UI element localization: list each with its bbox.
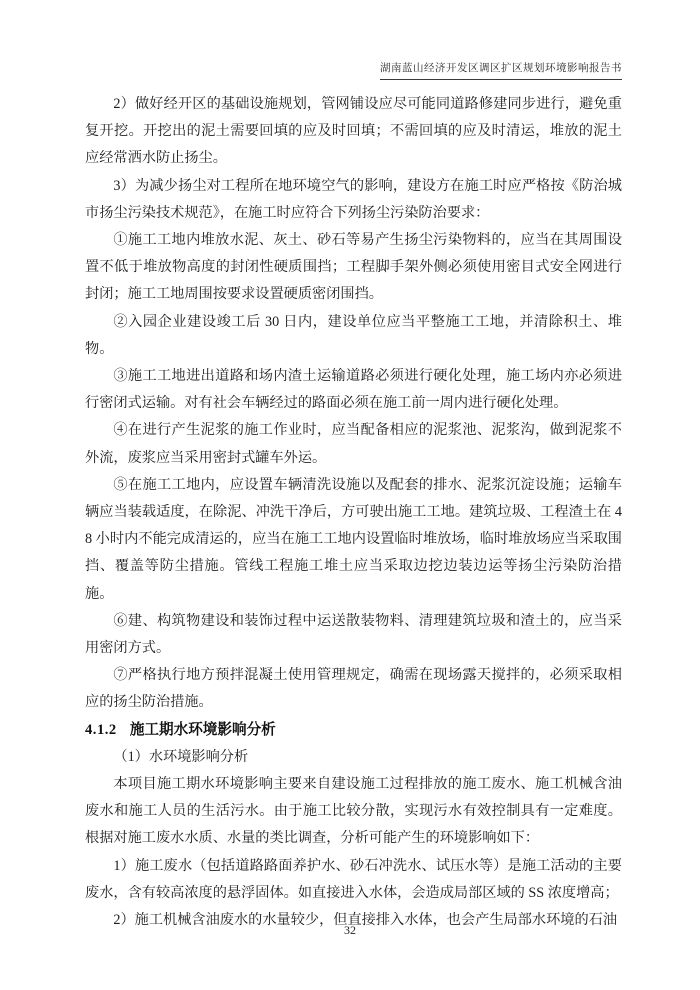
paragraph: 3）为减少扬尘对工程所在地环境空气的影响，建设方在施工时应严格按《防治城市扬尘污… [85, 173, 622, 227]
header-title: 湖南蓝山经济开发区调区扩区规划环境影响报告书 [380, 62, 622, 80]
paragraph: 本项目施工期水环境影响主要来自建设施工过程排放的施工废水、施工机械含油废水和施工… [85, 771, 622, 853]
section-heading: 4.1.2施工期水环境影响分析 [85, 717, 622, 744]
document-body: 2）做好经开区的基础设施规划，管网铺设应尽可能同道路修建同步进行，避免重复开挖。… [85, 91, 622, 934]
paragraph: ②入园企业建设竣工后 30 日内，建设单位应当平整施工工地，并清除积土、堆物。 [85, 309, 622, 363]
paragraph: 2）做好经开区的基础设施规划，管网铺设应尽可能同道路修建同步进行，避免重复开挖。… [85, 91, 622, 173]
page-number: 32 [344, 923, 356, 937]
page-footer: 32 [0, 921, 700, 939]
page-header: 湖南蓝山经济开发区调区扩区规划环境影响报告书 [380, 58, 622, 80]
paragraph: ④在进行产生泥浆的施工作业时，应当配备相应的泥浆池、泥浆沟，做到泥浆不外流，废浆… [85, 417, 622, 471]
paragraph: ⑤在施工工地内，应设置车辆清洗设施以及配套的排水、泥浆沉淀设施；运输车辆应当装载… [85, 472, 622, 608]
document-page: 湖南蓝山经济开发区调区扩区规划环境影响报告书 2）做好经开区的基础设施规划，管网… [0, 0, 700, 990]
paragraph: （1）水环境影响分析 [85, 744, 622, 771]
section-number: 4.1.2 [85, 722, 117, 738]
section-title: 施工期水环境影响分析 [130, 722, 276, 738]
paragraph: ⑥建、构筑物建设和装饰过程中运送散装物料、清理建筑垃圾和渣土的，应当采用密闭方式… [85, 608, 622, 662]
paragraph: 1）施工废水（包括道路路面养护水、砂石冲洗水、试压水等）是施工活动的主要废水，含… [85, 853, 622, 907]
paragraph: ⑦严格执行地方预拌混凝土使用管理规定，确需在现场露天搅拌的，必须采取相应的扬尘防… [85, 662, 622, 716]
paragraph: ①施工工地内堆放水泥、灰土、砂石等易产生扬尘污染物料的，应当在其周围设置不低于堆… [85, 227, 622, 309]
paragraph: ③施工工地进出道路和场内渣土运输道路必须进行硬化处理，施工场内亦必须进行密闭式运… [85, 363, 622, 417]
